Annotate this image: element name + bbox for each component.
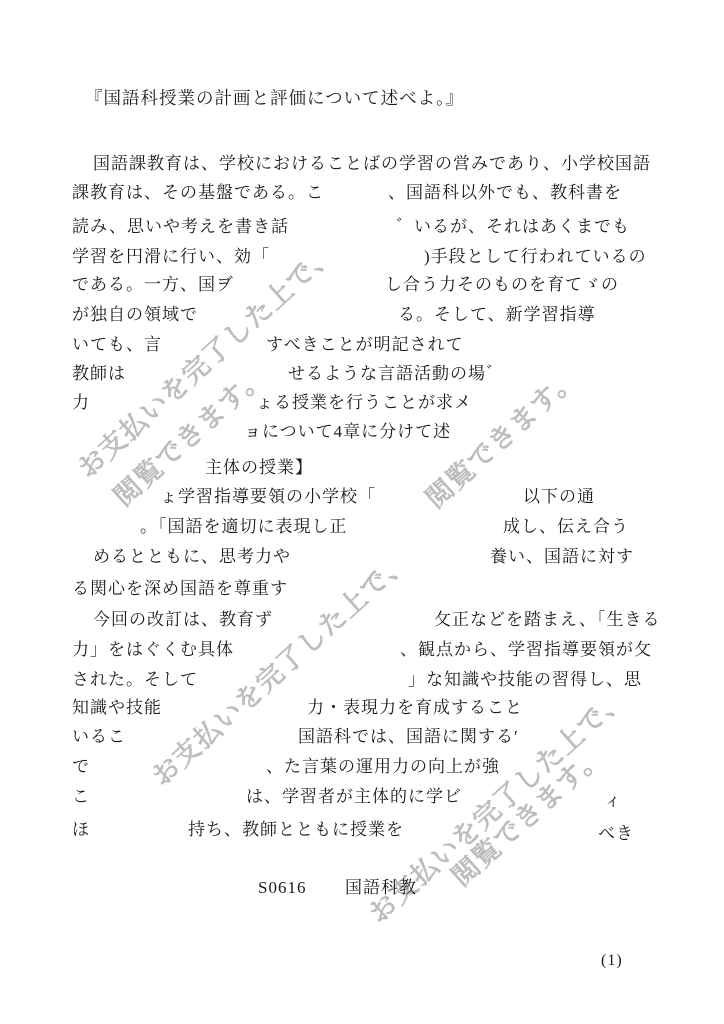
text-line: 攵正などを踏まえ、「生きる [434, 608, 661, 632]
text-line: せるような言語活動の場゛ [288, 362, 504, 386]
text-line: 」な知識や技能の習得し、思 [408, 668, 642, 692]
text-line: 学習を円滑に行い、効「 [72, 245, 270, 269]
text-line: 持ち、教師とともに授業を [188, 818, 404, 842]
text-line: 以下の通 [523, 485, 595, 509]
text-line: いても、言 [72, 333, 162, 357]
text-line: べき [598, 822, 634, 846]
text-line: 、国語科以外でも、教科書を [388, 181, 622, 205]
text-line: すべきことが明記されて [266, 333, 464, 357]
text-line: る。そして、新学習指導 [398, 303, 596, 327]
text-line: が独自の領域で [72, 303, 198, 327]
text-line: 力・表現力を育成すること [307, 696, 523, 720]
text-line: )手段として行われているの [424, 245, 647, 269]
text-line: 教師は [72, 362, 126, 386]
text-line: で [72, 755, 90, 779]
text-line: である。一方、国ヺ [72, 273, 234, 297]
text-line: 国語課教育は、学校におけることばの学習の営みであり、小学校国語 [93, 152, 651, 176]
text-line: めるとともに、思考力や [93, 545, 291, 569]
text-line: る関心を深め国語を尊重す [72, 577, 288, 601]
text-line: 、観点から、学習指導要領が攵 [400, 638, 652, 662]
text-line: 国語科では、国語に関する′ [298, 725, 519, 749]
text-line: 力 [72, 391, 90, 415]
text-line: ほ [72, 818, 90, 842]
text-line: こ [72, 785, 90, 809]
text-line: 。「国語を適切に表現し正 [140, 515, 348, 539]
text-line: は、学習者が主体的に学ビ [246, 785, 462, 809]
text-line: いるこ [72, 725, 126, 749]
page-number: (1) [601, 949, 623, 973]
footer-course-code: S0616 [258, 876, 306, 900]
text-line: 、た言葉の運用力の向上が強 [266, 755, 500, 779]
text-line: 今回の改訂は、教育ず [93, 608, 273, 632]
text-line: 読み、思いや考えを書き話 [72, 215, 289, 239]
text-line: 主体の授業】 [205, 456, 313, 480]
text-line: ゛いるが、それはあくまでも [396, 215, 630, 239]
text-line: ょ学習指導要領の小学校「 [160, 485, 376, 509]
text-line: ィ [604, 789, 622, 813]
text-line: ょる授業を行うことが求メ [256, 391, 472, 415]
text-line: し合う力そのものを育てゞの [385, 273, 619, 297]
text-line: 養い、国語に対す [490, 545, 634, 569]
essay-title: 『国語科授業の計画と評価について述べよ。』 [85, 86, 464, 110]
text-line: 成し、伝え合う [503, 515, 629, 539]
text-line: 課教育は、その基盤である。こ [72, 181, 324, 205]
text-line: 力」をはぐくむ具体 [72, 638, 234, 662]
text-line: ョについて4章に分けて述 [244, 420, 451, 444]
footer-course-name: 国語科教 [345, 876, 417, 900]
scanned-document-page: お支払いを完了した上で、閲覧できます。お支払いを完了した上で、閲覧できます。お支… [0, 0, 724, 1024]
text-line: 知識や技能 [72, 696, 162, 720]
text-line: された。そして [72, 668, 198, 692]
